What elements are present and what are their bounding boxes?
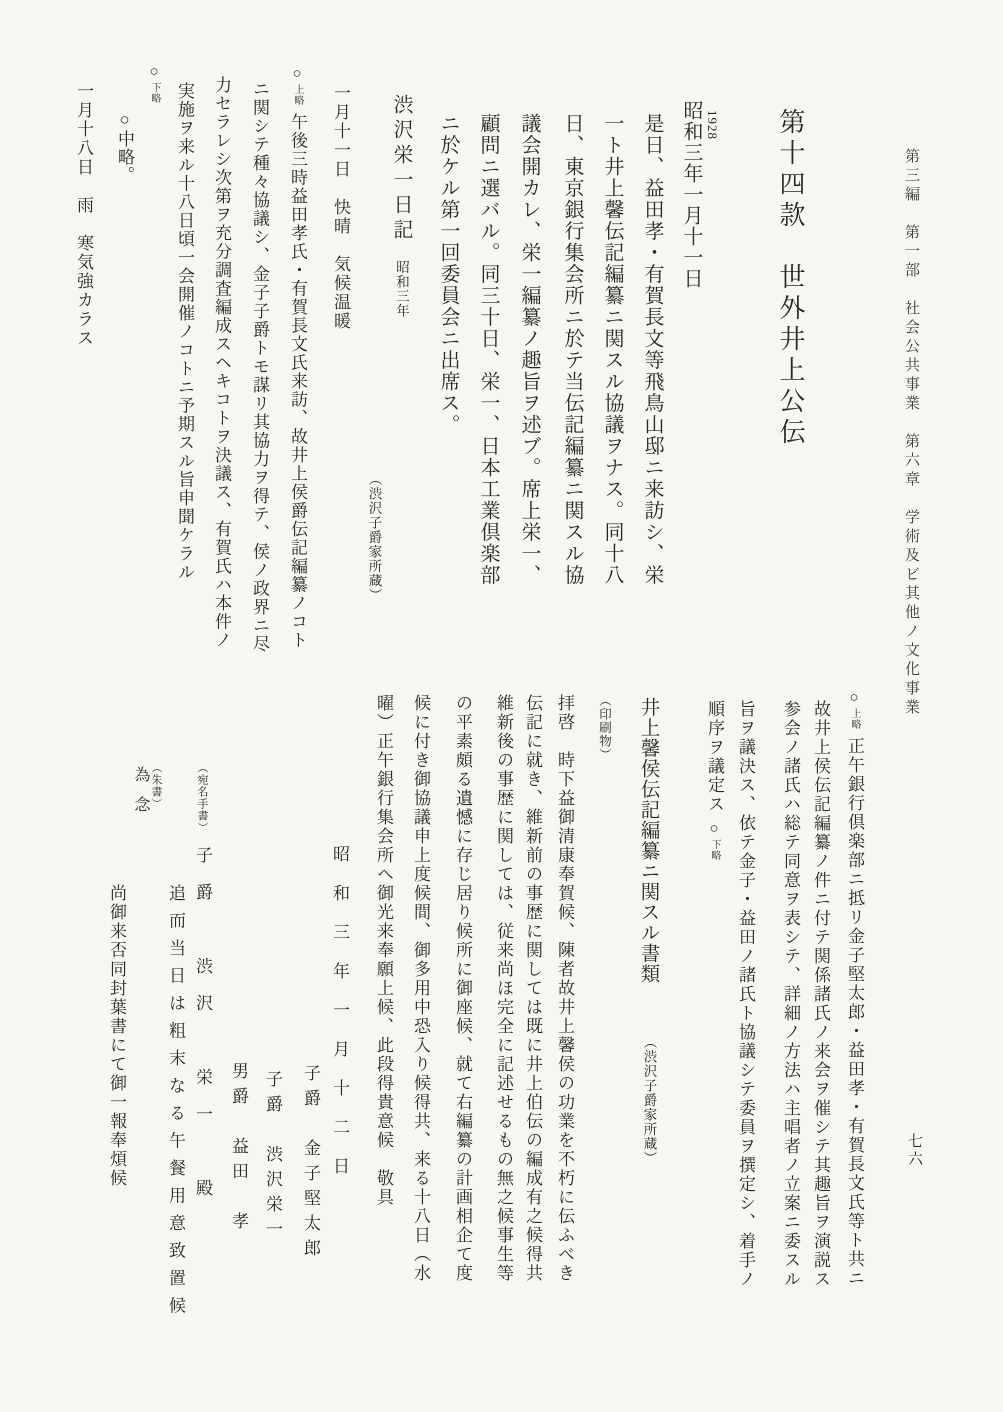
- diary-line: 旨ヲ議決ス、依テ金子・益田ノ諸氏ト協議シテ委員ヲ撰定シ、着手ノ: [737, 700, 754, 1289]
- letter-line: 維新後の事歴に関しては、従来尚ほ完全に記述せるもの無之候事生等: [495, 694, 512, 1283]
- addressee-block: （宛名手書）子爵 渋沢 栄一 殿: [194, 762, 211, 1216]
- letter-line: の平素頗る遺憾に存じ居り候所に御座候、就て右編纂の計画相企て度: [454, 694, 471, 1283]
- red-note-label: （朱書）: [150, 762, 161, 810]
- western-year: 1928: [706, 110, 719, 140]
- narrative-line: 日、東京銀行集会所ニ於テ当伝記編纂ニ関スル協: [562, 113, 582, 586]
- narrative-line: 顧問ニ選バル。同三十日、栄一、日本工業倶楽部: [478, 113, 498, 586]
- postscript-line: 追而当日は粗末なる午餐用意致置候: [167, 884, 184, 1324]
- diary-line: 実施ヲ来ル十八日頃一会開催ノコトニ予期スル旨申聞ケラル: [176, 82, 193, 582]
- section-title: 第十四款 世外井上公伝: [777, 108, 803, 449]
- omit-top-label: 上略: [292, 84, 303, 106]
- postscript-line: 尚御来否同封葉書にて御一報奉煩候: [108, 884, 125, 1188]
- omit-middle-marker: ○中略。: [116, 110, 133, 184]
- addressee: 子爵 渋沢 栄一 殿: [193, 846, 212, 1216]
- omit-bottom-marker: ○: [706, 821, 722, 837]
- page-number: 七六: [906, 1133, 921, 1169]
- letter-date: 昭和三年一月十二日: [331, 845, 348, 1196]
- letter-line: 拝啓 時下益御清康奉賀候、陳者故井上馨侯の功業を不朽に伝ふべき: [556, 694, 573, 1283]
- source-holding: （渋沢子爵家所蔵）: [367, 472, 381, 603]
- diary-entry-date: 一月十一日 快晴 気候温暖: [332, 84, 349, 331]
- diary-line: ○上略午後三時益田孝氏・有賀長文氏来訪、故井上侯爵伝記編纂ノコト: [289, 66, 306, 650]
- document-type: （印刷物）: [598, 694, 611, 762]
- signature: 男爵 益田 孝: [230, 1062, 247, 1237]
- diary-line: 順序ヲ議定ス○下略: [706, 700, 723, 861]
- addressee-note: （宛名手書）: [196, 762, 208, 834]
- omit-top-label: 上略: [849, 708, 860, 730]
- document-page: 第三編 第一部 社会公共事業 第六章 学術及ビ其他ノ文化事業 七六 第十四款 世…: [0, 0, 1003, 1412]
- diary-source-title: 渋沢栄一日記: [390, 94, 412, 244]
- narrative-line: 議会開カレ、栄一編纂ノ趣旨ヲ述ブ。席上栄一、: [519, 113, 539, 586]
- letter-line: 候に付き御協議申上度候間、御多用中恐入り候得共、来る十八日（水: [412, 694, 429, 1283]
- diary-line: ニ関シテ種々協議シ、金子子爵トモ謀リ其協力ヲ得テ、侯ノ政界ニ尽: [251, 80, 268, 654]
- diary-line: 参会ノ諸氏ハ総テ同意ヲ表シテ、詳細ノ方法ハ主唱者ノ立案ニ委スル: [782, 700, 799, 1289]
- diary-line: 力セラレシ次第ヲ充分調査編成スヘキコトヲ決議ス、有賀氏ハ本件ノ: [213, 76, 230, 650]
- omit-top-marker: ○: [289, 66, 305, 82]
- page-header: 第三編 第一部 社会公共事業 第六章 学術及ビ其他ノ文化事業: [903, 148, 918, 718]
- signature: 子爵 渋沢栄一: [264, 1070, 281, 1245]
- narrative-line: 是日、益田孝・有賀長文等飛鳥山邸ニ来訪シ、栄: [642, 113, 662, 586]
- diary-line: 故井上侯伝記編纂ノ件ニ付テ関係諸氏ノ来会ヲ催シテ其趣旨ヲ演説ス: [812, 700, 829, 1289]
- narrative-line: ニ於ケル第一回委員会ニ出席ス。: [438, 113, 458, 436]
- omit-bottom-label: 下略: [709, 839, 720, 861]
- diary-source-year: 昭和三年: [394, 260, 409, 318]
- red-note: 為念: [132, 766, 148, 826]
- omit-bottom-marker: ○下略: [146, 64, 162, 104]
- diary-source: 渋沢栄一日記昭和三年: [391, 94, 411, 318]
- diary-entry-date: 一月十八日 雨 寒気強カラス: [75, 82, 92, 348]
- omit-top-marker: ○: [846, 690, 862, 706]
- narrative-line: 一ト井上馨伝記編纂ニ関スル協議ヲナス。同十八: [602, 113, 622, 586]
- signature: 子爵 金子堅太郎: [302, 1064, 319, 1264]
- letter-line: 曜）正午銀行集会所へ御光来奉願上候、此段得貴意候 敬具: [375, 694, 392, 1207]
- letter-line: 伝記に就き、維新前の事歴に関しては既に井上伯伝の編成有之候得共: [524, 694, 541, 1283]
- source-holding: （渋沢子爵家所蔵）: [642, 1035, 656, 1166]
- document-title: 井上馨侯伝記編纂ニ関スル書類: [638, 697, 658, 984]
- date-heading: 昭和三年一月十一日: [681, 100, 701, 289]
- diary-line: ○上略正午銀行倶楽部ニ抵リ金子堅太郎・益田孝・有賀長文氏等ト共ニ: [846, 690, 863, 1288]
